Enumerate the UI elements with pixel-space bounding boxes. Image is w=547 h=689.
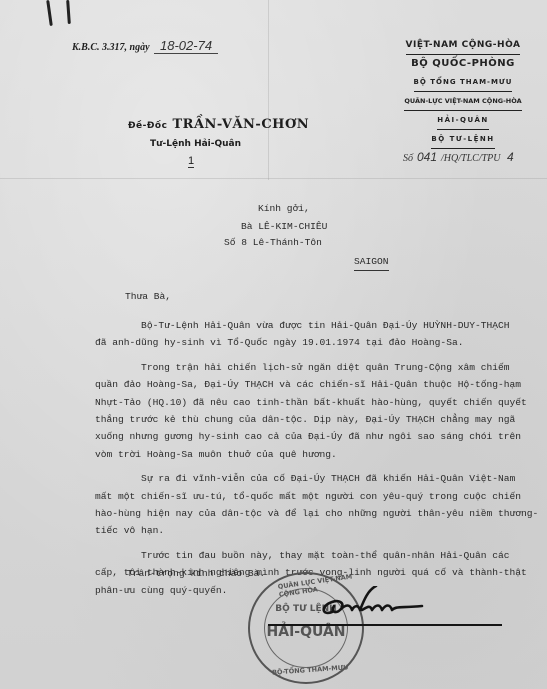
recipient-name: Bà LÊ-KIM-CHIÊU xyxy=(241,218,327,235)
letterhead-line-general-staff: BỘ TỔNG THAM-MƯU xyxy=(414,73,513,92)
paragraph: Sự ra đi vĩnh-viễn của cố Đại-Úy THẠCH đ… xyxy=(95,470,535,540)
letterhead-line-command: BỘ TƯ-LỆNH xyxy=(431,130,494,149)
letterhead: VIỆT-NAM CỘNG-HÒA BỘ QUỐC-PHÒNG BỘ TỔNG … xyxy=(388,36,538,149)
recipient-city: SAIGON xyxy=(354,253,389,271)
recipient-greeting: Kính gởi, xyxy=(258,200,310,217)
kbc-label: K.B.C. 3.317, ngày xyxy=(72,42,150,53)
ref-mark: 4 xyxy=(507,150,514,164)
handwritten-date: 18-02-74 xyxy=(154,38,218,54)
letterhead-line-ministry: BỘ QUỐC-PHÒNG xyxy=(411,58,515,69)
paragraph: Trong trận hải chiến lịch-sử ngăn diệt q… xyxy=(95,359,535,463)
sender-number: 1 xyxy=(188,155,194,168)
sender-fullname: TRẦN-VĂN-CHƠN xyxy=(172,117,309,132)
fold-crease-horizontal xyxy=(0,178,547,179)
reference-number: Số041/HQ/TLC/TPU 4 xyxy=(403,150,518,164)
ref-prefix: Số xyxy=(403,153,413,164)
signature-underline xyxy=(268,624,502,626)
letterhead-line-armed-forces: QUÂN-LỰC VIỆT-NAM CỘNG-HÒA xyxy=(404,92,521,111)
sender-name: Đề-Đốc TRẦN-VĂN-CHƠN xyxy=(128,117,309,132)
paragraph: Bộ-Tư-Lệnh Hải-Quân vừa được tin Hải-Quâ… xyxy=(95,317,535,352)
sender-title: Tư-Lệnh Hải-Quân xyxy=(150,139,241,149)
binder-mark xyxy=(66,0,71,24)
seal-ring-bottom-text: BỘ-TỔNG THAM-MƯU xyxy=(272,663,349,676)
recipient-address: Số 8 Lê-Thánh-Tôn xyxy=(224,234,322,251)
seal-center-main: HẢI-QUÂN xyxy=(250,624,362,640)
letterhead-line-navy: HẢI-QUÂN xyxy=(437,111,488,130)
sender-rank: Đề-Đốc xyxy=(128,121,167,131)
ref-suffix: /HQ/TLC/TPU xyxy=(441,153,500,164)
fold-crease-vertical xyxy=(268,0,269,180)
letterhead-line-country: VIỆT-NAM CỘNG-HÒA xyxy=(406,36,521,55)
signature-icon xyxy=(318,586,428,626)
letter-body: Bộ-Tư-Lệnh Hải-Quân vừa được tin Hải-Quâ… xyxy=(95,303,535,606)
letter-page: K.B.C. 3.317, ngày 18-02-74 VIỆT-NAM CỘN… xyxy=(0,0,547,689)
ref-handwritten: 041 xyxy=(417,150,437,164)
binder-mark xyxy=(46,0,53,26)
closing-line: Trân-trọng kính chào Bà. xyxy=(127,565,265,582)
kbc-date-line: K.B.C. 3.317, ngày 18-02-74 xyxy=(72,38,218,53)
